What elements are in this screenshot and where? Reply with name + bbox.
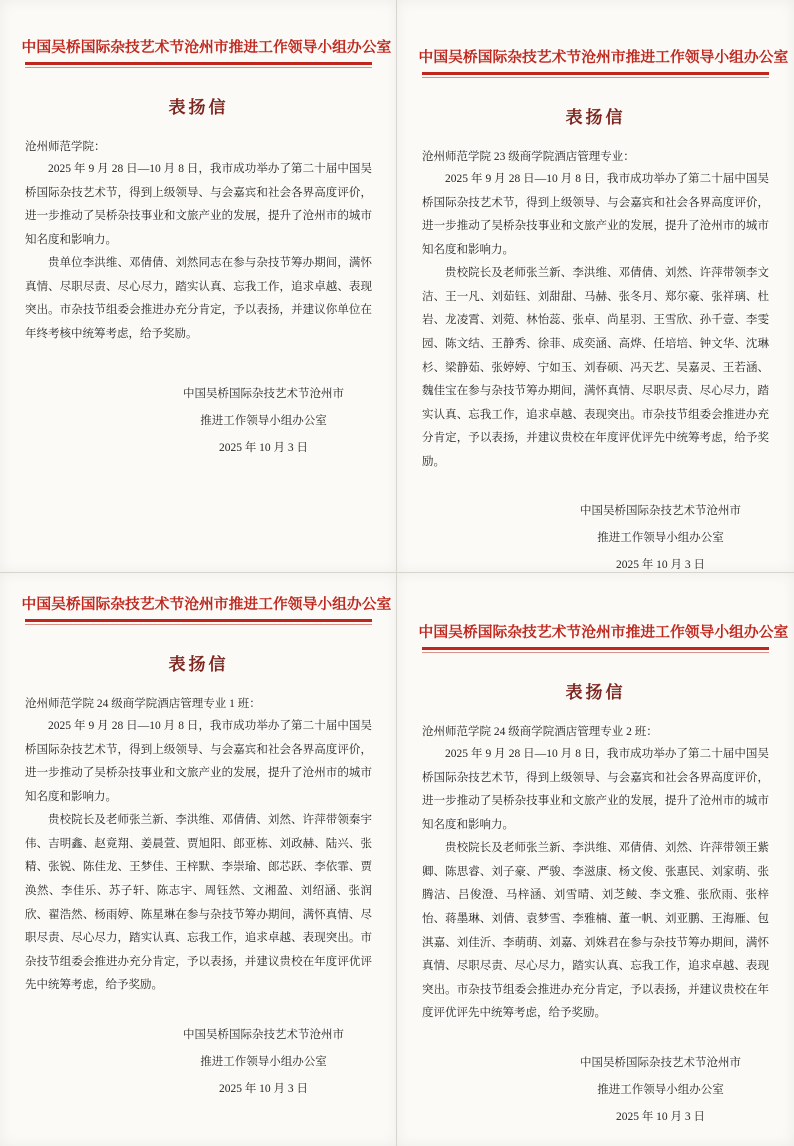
signature-block: 中国吴桥国际杂技艺术节沧州市 推进工作领导小组办公室 2025 年 10 月 3…	[580, 1050, 741, 1131]
signature-block: 中国吴桥国际杂技艺术节沧州市 推进工作领导小组办公室 2025 年 10 月 3…	[580, 498, 741, 573]
office-letterhead: 中国吴桥国际杂技艺术节沧州市推进工作领导小组办公室	[419, 621, 773, 642]
signature-org-line-2: 推进工作领导小组办公室	[580, 525, 741, 552]
signature-block: 中国吴桥国际杂技艺术节沧州市 推进工作领导小组办公室 2025 年 10 月 3…	[183, 381, 344, 462]
letterhead-divider	[25, 62, 372, 68]
letter-salutation: 沧州师范学院 24 级商学院酒店管理专业 2 班：	[422, 723, 769, 739]
letter-salutation: 沧州师范学院 23 级商学院酒店管理专业：	[422, 148, 769, 164]
signature-org-line-2: 推进工作领导小组办公室	[183, 1049, 344, 1076]
letters-grid: 中国吴桥国际杂技艺术节沧州市推进工作领导小组办公室 表扬信 沧州师范学院： 20…	[0, 0, 794, 1146]
letter-paragraph-2: 贵校院长及老师张兰新、李洪维、邓倩倩、刘然、许萍带领李文洁、王一凡、刘茹钰、刘甜…	[422, 262, 769, 474]
signature-date: 2025 年 10 月 3 日	[580, 552, 741, 573]
letter-paragraph-2: 贵校院长及老师张兰新、李洪维、邓倩倩、刘然、许萍带领王紫卿、陈思睿、刘子豪、严骏…	[422, 837, 769, 1026]
signature-org-line-2: 推进工作领导小组办公室	[183, 408, 344, 435]
signature-org-line-1: 中国吴桥国际杂技艺术节沧州市	[580, 498, 741, 525]
letter-salutation: 沧州师范学院 24 级商学院酒店管理专业 1 班：	[25, 695, 372, 711]
signature-date: 2025 年 10 月 3 日	[580, 1104, 741, 1131]
letter-title: 表扬信	[25, 93, 372, 118]
signature-date: 2025 年 10 月 3 日	[183, 1076, 344, 1103]
signature-org-line-1: 中国吴桥国际杂技艺术节沧州市	[183, 1022, 344, 1049]
letter-paragraph-2: 贵校院长及老师张兰新、李洪维、邓倩倩、刘然、许萍带领秦宇伟、吉明鑫、赵竟翔、姜晨…	[25, 809, 372, 998]
letter-paragraph-1: 2025 年 9 月 28 日—10 月 8 日，我市成功举办了第二十届中国吴桥…	[422, 168, 769, 262]
office-letterhead: 中国吴桥国际杂技艺术节沧州市推进工作领导小组办公室	[22, 593, 376, 614]
commendation-letter-4: 中国吴桥国际杂技艺术节沧州市推进工作领导小组办公室 表扬信 沧州师范学院 24 …	[397, 573, 794, 1146]
letterhead-divider	[25, 619, 372, 625]
signature-block: 中国吴桥国际杂技艺术节沧州市 推进工作领导小组办公室 2025 年 10 月 3…	[183, 1022, 344, 1103]
office-letterhead: 中国吴桥国际杂技艺术节沧州市推进工作领导小组办公室	[22, 36, 376, 57]
office-letterhead: 中国吴桥国际杂技艺术节沧州市推进工作领导小组办公室	[419, 46, 773, 67]
letterhead-divider	[422, 72, 769, 78]
letter-title: 表扬信	[422, 103, 769, 128]
commendation-letter-1: 中国吴桥国际杂技艺术节沧州市推进工作领导小组办公室 表扬信 沧州师范学院： 20…	[0, 0, 397, 573]
letter-paragraph-1: 2025 年 9 月 28 日—10 月 8 日，我市成功举办了第二十届中国吴桥…	[25, 158, 372, 252]
signature-org-line-1: 中国吴桥国际杂技艺术节沧州市	[183, 381, 344, 408]
letter-title: 表扬信	[422, 678, 769, 703]
letter-title: 表扬信	[25, 650, 372, 675]
signature-date: 2025 年 10 月 3 日	[183, 435, 344, 462]
commendation-letter-3: 中国吴桥国际杂技艺术节沧州市推进工作领导小组办公室 表扬信 沧州师范学院 24 …	[0, 573, 397, 1146]
signature-org-line-1: 中国吴桥国际杂技艺术节沧州市	[580, 1050, 741, 1077]
letter-paragraph-1: 2025 年 9 月 28 日—10 月 8 日，我市成功举办了第二十届中国吴桥…	[422, 743, 769, 837]
letter-salutation: 沧州师范学院：	[25, 138, 372, 154]
letter-paragraph-1: 2025 年 9 月 28 日—10 月 8 日，我市成功举办了第二十届中国吴桥…	[25, 715, 372, 809]
commendation-letter-2: 中国吴桥国际杂技艺术节沧州市推进工作领导小组办公室 表扬信 沧州师范学院 23 …	[397, 0, 794, 573]
letterhead-divider	[422, 647, 769, 653]
signature-org-line-2: 推进工作领导小组办公室	[580, 1077, 741, 1104]
letter-paragraph-2: 贵单位李洪维、邓倩倩、刘然同志在参与杂技节筹办期间，满怀真情、尽职尽责、尽心尽力…	[25, 252, 372, 346]
